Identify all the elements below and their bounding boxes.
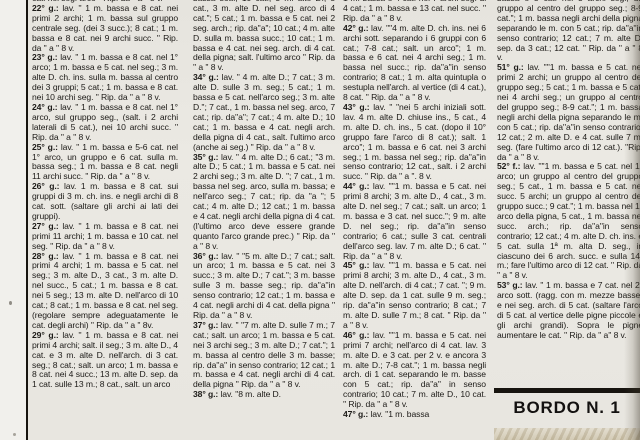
pattern-text: lav. ''''4 m. alte D. ch. ins. nei 6 arc… xyxy=(343,23,486,102)
row-number-label: 47° g.: xyxy=(343,409,368,419)
pattern-paragraph: 52° f.: lav. ''''1 m. bassa e 5 cat. nel… xyxy=(497,162,640,281)
row-number-label: 43° g.: xyxy=(343,102,370,112)
pattern-paragraph: 44° g.: lav. ''''1 m. bassa e 5 cat. nei… xyxy=(343,182,486,261)
text-column-3: 1 m. bassa e 4 cat. nei 7 archi seg. di … xyxy=(343,0,486,440)
row-number-label: 44° g.: xyxy=(343,181,369,191)
pattern-text: lav. ''''1 m. bassa e 5 cat. nei primi 8… xyxy=(343,260,486,329)
row-number-label: 26° g.: xyxy=(32,181,59,191)
pattern-paragraph: 51° g.: lav. ''''1 m. bassa e 5 cat. nei… xyxy=(497,63,640,162)
pattern-paragraph: 1 m. bassa e 4 cat. nei 7 archi seg. di … xyxy=(343,0,486,24)
pattern-text: lav. '' 1 m. bassa e 8 cat. nei primi 4 … xyxy=(32,330,178,390)
row-number-label: 36° g.: xyxy=(193,251,219,261)
row-number-label: 34° g.: xyxy=(193,72,219,82)
pattern-paragraph: 47° g.: lav. ''1 m. bassa xyxy=(343,410,486,420)
pattern-text: lav. ''''1 m. bassa e 5 cat. nel 1° arco… xyxy=(497,161,640,280)
pattern-paragraph: 22° g.: lav. '' 1 m. bassa e 8 cat. nei … xyxy=(32,4,178,54)
pattern-text: lav. '' 1 m. bassa e 7 cat. nel 2° arco … xyxy=(497,280,640,340)
pattern-text: bassa sott.; 10 cat.; 3 m. alte D.; 5 ca… xyxy=(193,0,335,72)
text-column-4: bassa e 5 cat. nei 3 archi seg.; un grup… xyxy=(497,0,640,341)
pattern-paragraph: 23° g.: lav. '' 1 m. bassa e 8 cat. nel … xyxy=(32,53,178,103)
pattern-paragraph: 37° g.: lav. '' ''7 m. alte D. sulle 7 m… xyxy=(193,321,335,390)
pattern-paragraph: 46° g.: lav. ''''1 m. bassa e 5 cat. nei… xyxy=(343,331,486,410)
pattern-paragraph: 34° g.: lav. '' 4 m. alte D.; 7 cat.; 3 … xyxy=(193,73,335,152)
pattern-paragraph: 36° g.: lav. '' ''5 m. alte D.; 7 cat.; … xyxy=(193,252,335,321)
row-number-label: 46° g.: xyxy=(343,330,369,340)
pattern-text: lav. ''8 m. alte D. xyxy=(220,389,280,399)
row-number-label: 23° g.: xyxy=(32,52,58,62)
row-number-label: 45° g.: xyxy=(343,260,369,270)
pattern-paragraph: bassa sott.; 10 cat.; 3 m. alte D.; 5 ca… xyxy=(193,0,335,73)
pattern-text: lav. ''''1 m. bassa e 5 cat. nei primi 2… xyxy=(497,62,640,161)
pattern-paragraph: 25° g.: lav. '' 1 m. bassa e 5-6 cat. ne… xyxy=(32,143,178,183)
pattern-paragraph: 29° g.: lav. '' 1 m. bassa e 8 cat. nei … xyxy=(32,331,178,390)
bordo-section-heading: BORDO N. 1 xyxy=(494,398,640,418)
text-column-2: bassa sott.; 10 cat.; 3 m. alte D.; 5 ca… xyxy=(193,0,335,440)
pattern-text: lav. '' ''5 m. alte D.; 7 cat.; salt. un… xyxy=(193,251,335,320)
pattern-paragraph: 26° g.: lav. 1 m. bassa e 8 cat. sui gru… xyxy=(32,182,178,222)
section-divider-rule xyxy=(494,388,640,393)
row-number-label: 42° g.: xyxy=(343,23,368,33)
row-number-label: 25° g.: xyxy=(32,142,58,152)
pattern-text: lav. '' 1 m. bassa e 8 cat. nei primi 4 … xyxy=(32,251,178,330)
pattern-paragraph: 45° g.: lav. ''''1 m. bassa e 5 cat. nei… xyxy=(343,261,486,330)
row-number-label: 22° g.: xyxy=(32,3,59,13)
pattern-text: lav. '' 4 m. alte D.; 6 cat.; ''3 m. alt… xyxy=(193,152,335,251)
row-number-label: 28° g.: xyxy=(32,251,59,261)
row-number-label: 24° g.: xyxy=(32,102,58,112)
magazine-page-scan: cat. nel seg. arco '' Rip. da '' a '' 8 … xyxy=(0,0,640,440)
pattern-text: lav. '' ''nei 5 archi iniziali sott. lav… xyxy=(343,102,486,181)
pattern-text: lav. '' ''7 m. alte D. sulle 7 m.; 7 cat… xyxy=(193,320,335,389)
row-number-label: 38° g.: xyxy=(193,389,218,399)
pattern-text: lav. '' 4 m. alte D.; 7 cat.; 3 m. alte … xyxy=(193,72,335,151)
text-column-1: cat. nel seg. arco '' Rip. da '' a '' 8 … xyxy=(32,0,178,440)
pattern-text: lav. ''''1 m. bassa e 5 cat. nei primi 7… xyxy=(343,330,486,409)
pattern-paragraph: bassa e 5 cat. nei 3 archi seg.; un grup… xyxy=(497,0,640,63)
pattern-paragraph: 42° g.: lav. ''''4 m. alte D. ch. ins. n… xyxy=(343,24,486,103)
row-number-label: 27° g.: xyxy=(32,221,59,231)
pattern-paragraph: 28° g.: lav. '' 1 m. bassa e 8 cat. nei … xyxy=(32,252,178,331)
pattern-text: 1 m. bassa e 4 cat. nei 7 archi seg. di … xyxy=(343,0,486,23)
pattern-text-columns: cat. nel seg. arco '' Rip. da '' a '' 8 … xyxy=(0,0,640,440)
row-number-label: 51° g.: xyxy=(497,62,524,72)
row-number-label: 52° f.: xyxy=(497,161,520,171)
photo-top-edge xyxy=(494,428,640,440)
row-number-label: 35° g.: xyxy=(193,152,218,162)
pattern-paragraph: 43° g.: lav. '' ''nei 5 archi iniziali s… xyxy=(343,103,486,182)
pattern-text: lav. ''1 m. bassa xyxy=(370,409,429,419)
pattern-paragraph: 35° g.: lav. '' 4 m. alte D.; 6 cat.; ''… xyxy=(193,153,335,252)
pattern-paragraph: 27° g.: lav. '' 1 m. bassa e 8 cat. nei … xyxy=(32,222,178,252)
pattern-text: lav. ''''1 m. bassa e 5 cat. nei primi 8… xyxy=(343,181,486,260)
row-number-label: 37° g.: xyxy=(193,320,218,330)
pattern-paragraph: 24° g.: lav. '' 1 m. bassa e 8 cat. nel … xyxy=(32,103,178,143)
pattern-paragraph: 38° g.: lav. ''8 m. alte D. xyxy=(193,390,335,400)
pattern-text: bassa e 5 cat. nei 3 archi seg.; un grup… xyxy=(497,0,640,62)
row-number-label: 29° g.: xyxy=(32,330,59,340)
row-number-label: 53° g.: xyxy=(497,280,523,290)
pattern-paragraph: 53° g.: lav. '' 1 m. bassa e 7 cat. nel … xyxy=(497,281,640,340)
